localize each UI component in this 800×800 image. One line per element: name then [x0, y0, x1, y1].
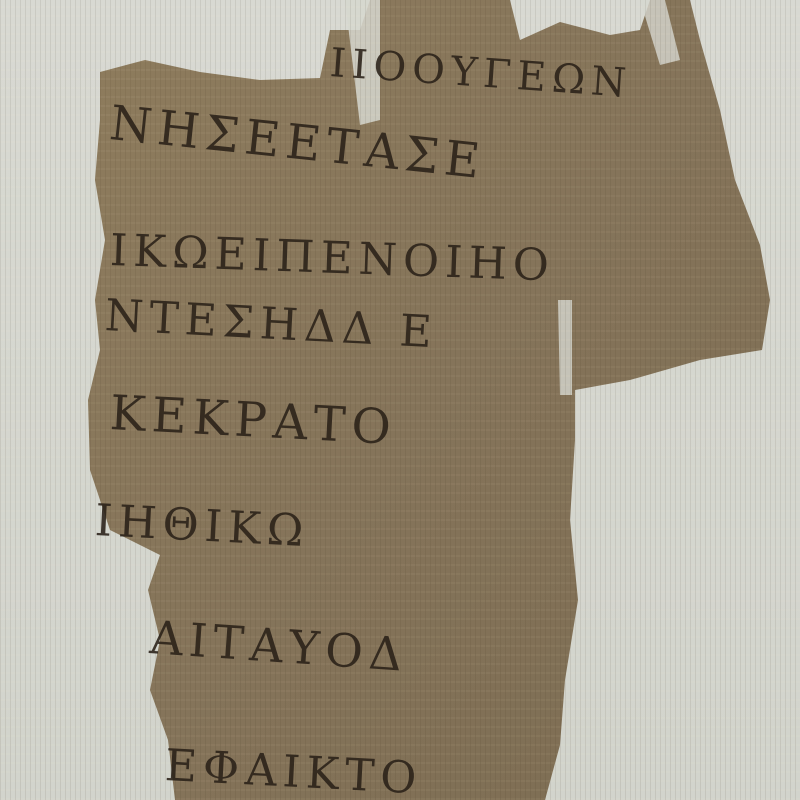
- background: ΙΙΟΟΥΓΕΩΝ ΝΗΣΕΕΤΑΣΕ ΙΚΩΕΙΠΕΝΟΙΗΟ ΝΤΕΣΗΔΔ…: [0, 0, 800, 800]
